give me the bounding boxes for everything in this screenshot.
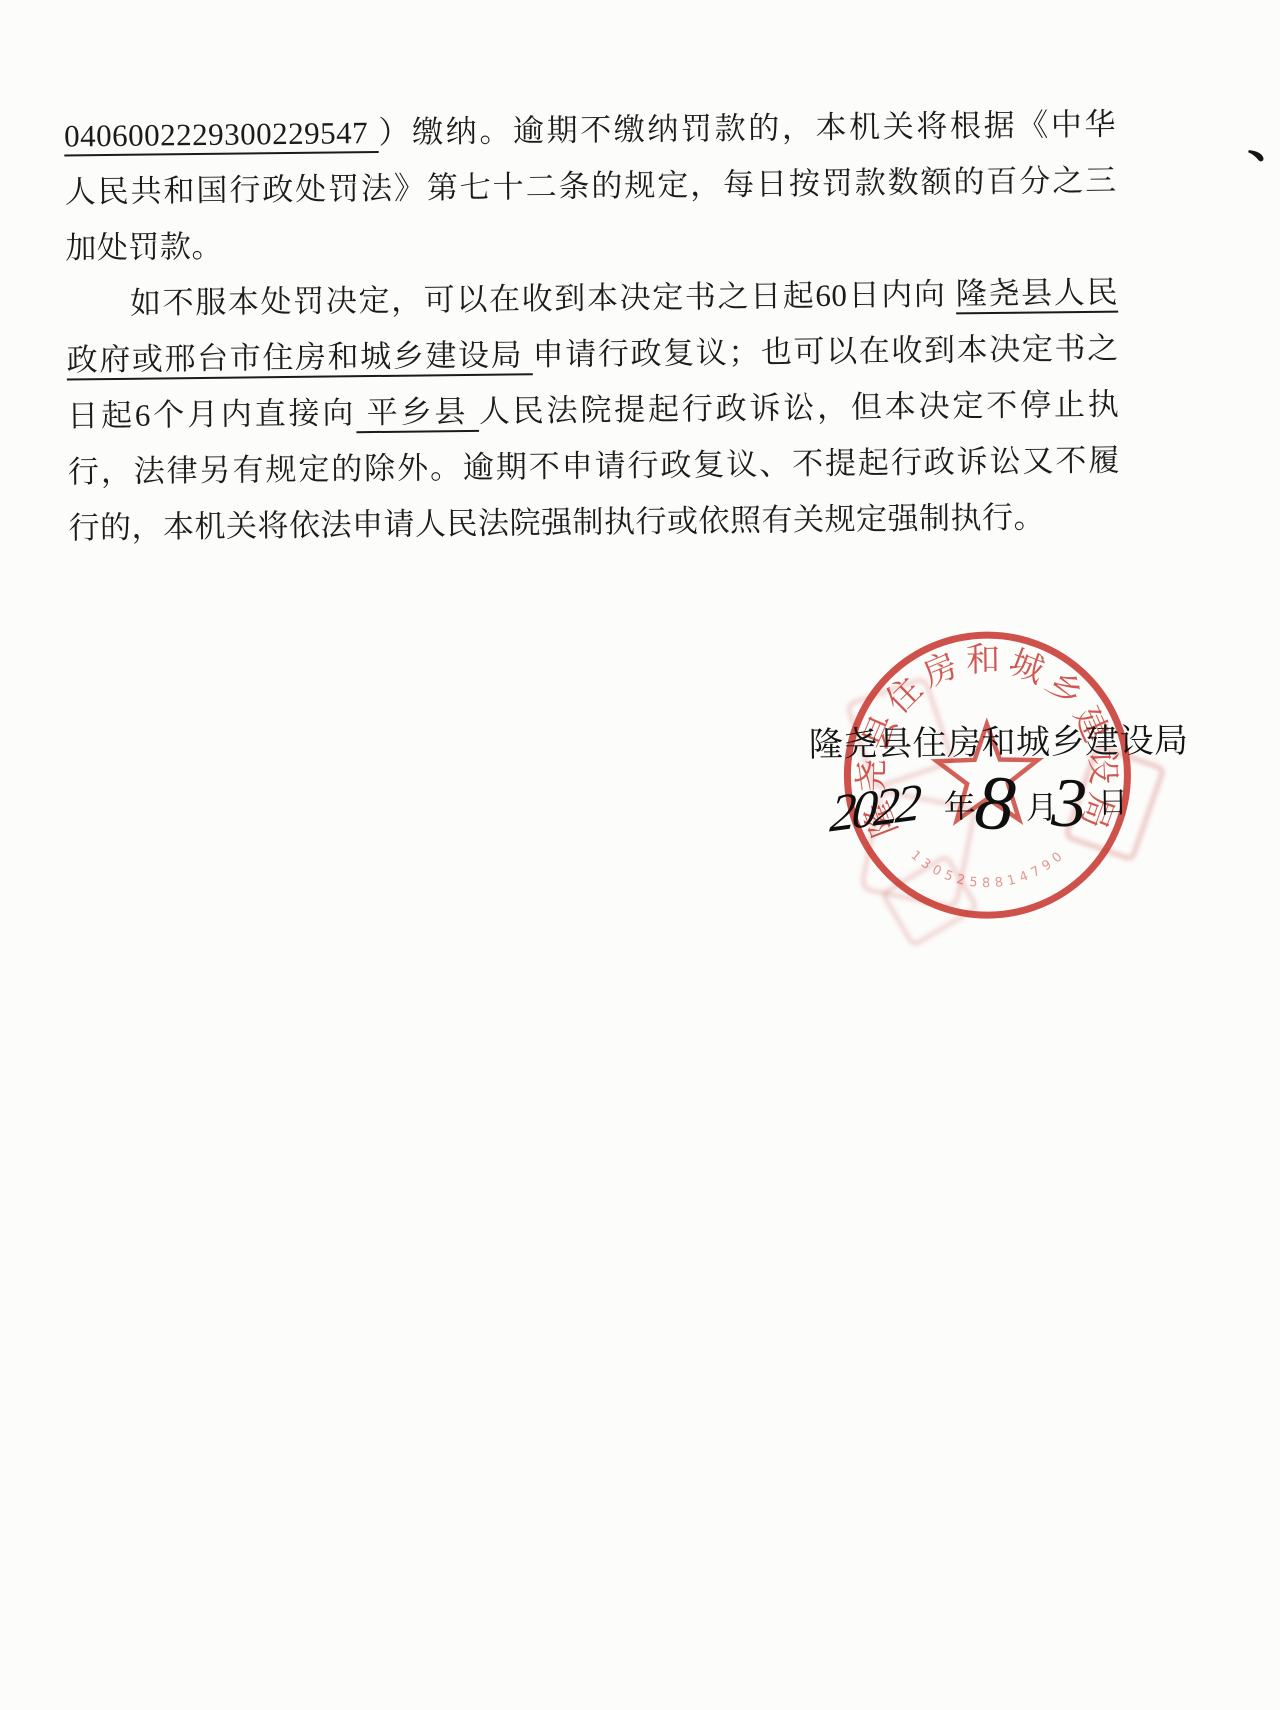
underlined-text: 0406002229300229547 (64, 115, 379, 154)
date-month-handwritten: 8 (972, 762, 1019, 844)
date-day-label: 日 (1098, 789, 1128, 819)
date-day-handwritten: 3 (1050, 768, 1088, 839)
text-segment: 申请行政复议；也可以在收到本决定书之 (532, 331, 1118, 373)
text-line: 人民共和国行政处罚法》第七十二条的规定，每日按罚款数额的百分之三 (64, 153, 1117, 221)
text-segment: ）缴纳。逾期不缴纳罚款的，本机关将根据《中华 (378, 107, 1116, 150)
text-segment: 如不服本处罚决定，可以在收到本决定书之日起60日内向 (130, 276, 956, 320)
underlined-text: 政府或邢台市住房和城乡建设局 (66, 337, 532, 377)
text-line: 行的，本机关将依法申请人民法院强制执行或依照有关规定强制执行。 (68, 489, 1121, 557)
underlined-text: 平乡县 (356, 394, 479, 430)
signature-date: 2022 年 8 月 3 日 (823, 750, 1154, 864)
text-segment: 加处罚款。 (65, 229, 223, 266)
date-year-label: 年 (944, 790, 976, 822)
text-segment: 行的，本机关将依法申请人民法院强制执行或依照有关规定强制执行。 (68, 499, 1045, 545)
underlined-text: 隆尧县人民 (956, 275, 1118, 312)
scanned-document-page: 0406002229300229547 ）缴纳。逾期不缴纳罚款的，本机关将根据《… (0, 0, 1280, 1710)
date-year-handwritten: 2022 (828, 777, 919, 842)
document-text: 0406002229300229547 ）缴纳。逾期不缴纳罚款的，本机关将根据《… (64, 97, 1121, 557)
page-content: 0406002229300229547 ）缴纳。逾期不缴纳罚款的，本机关将根据《… (0, 0, 1280, 1710)
text-segment: 人民共和国行政处罚法》第七十二条的规定，每日按罚款数额的百分之三 (65, 163, 1117, 210)
text-segment: 行，法律另有规定的除外。逾期不申请行政复议、不提起行政诉讼又不履 (68, 443, 1120, 490)
text-segment: 人民法院提起行政诉讼，但本决定不停止执 (479, 387, 1120, 429)
text-segment: 日起6个月内直接向 (67, 395, 356, 433)
